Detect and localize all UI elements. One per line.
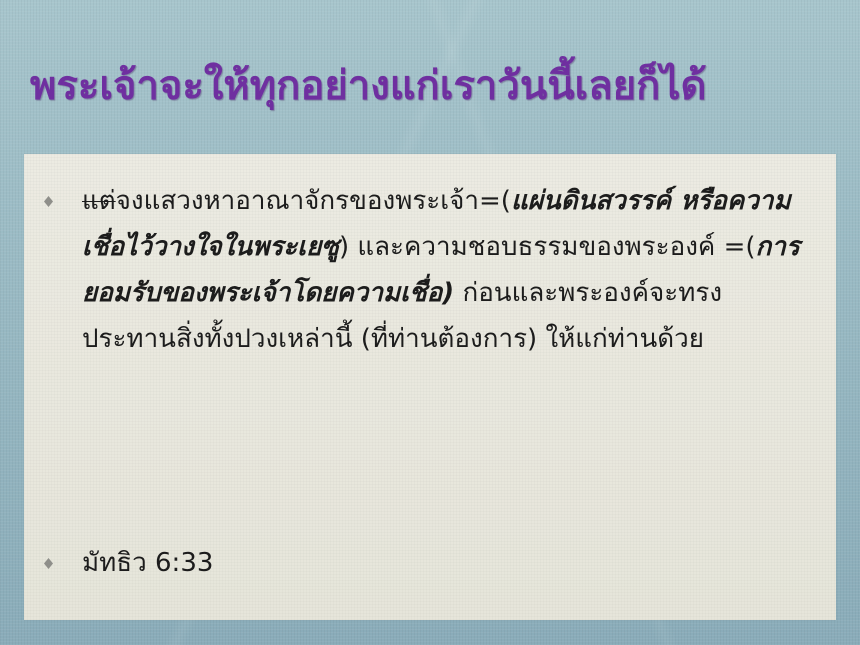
bullet-item-reference: มัทธิว 6:33: [82, 540, 802, 586]
scripture-reference: มัทธิว 6:33: [82, 548, 213, 578]
bullet-item-verse-text: แต่จงแสวงหาอาณาจักรของพระเจ้า=(แผ่นดินสว…: [82, 178, 802, 362]
diamond-bullet-icon: [44, 558, 53, 569]
verse-text-part: ) และความชอบธรรมของพระองค์ =(: [339, 232, 756, 262]
struck-word: แต่: [82, 186, 116, 216]
verse-text-part: จงแสวงหาอาณาจักรของพระเจ้า=(: [116, 186, 511, 216]
slide-title: พระเจ้าจะให้ทุกอย่างแก่เราวันนี้เลยก็ได้: [30, 58, 830, 114]
diamond-bullet-icon: [44, 196, 53, 207]
content-paper-panel: แต่จงแสวงหาอาณาจักรของพระเจ้า=(แผ่นดินสว…: [24, 154, 836, 620]
